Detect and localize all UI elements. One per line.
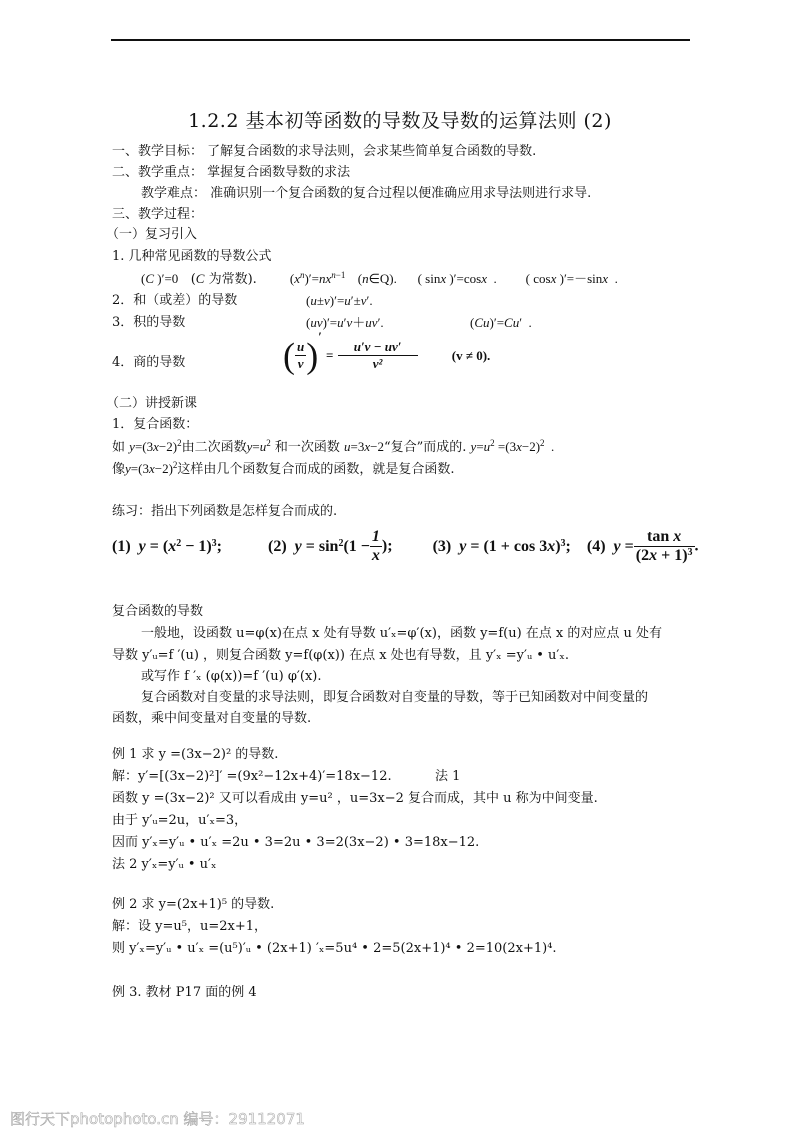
new-lesson-item-1: 1．复合函数： [112,416,198,434]
objective-difficulty: 教学难点： 准确识别一个复合函数的复合过程以便准确应用求导法则进行求导. [141,185,591,203]
objective-goal: 一、教学目标： 了解复合函数的求导法则，会求某些简单复合函数的导数. [112,143,536,161]
new-lesson-heading: （二）讲授新课 [106,395,197,413]
composite-definition-line1: 如 y=(3x−2)2由二次函数y=u2 和一次函数 u=3x−2“复合”而成的… [112,438,554,457]
example1-line3: 函数 y =(3x−2)² 又可以看成由 y=u² ，u=3x−2 复合而成，其… [112,790,598,808]
objective-process: 三、教学过程： [112,206,203,224]
example2-line2: 解：设 y=u⁵，u=2x+1， [112,918,267,936]
example2-title: 例 2 求 y=(2x+1)⁵ 的导数. [112,896,274,914]
sum-rule-label: 2．和（或差）的导数 [112,292,237,310]
quotient-rule-formula: (uv)′ = u′v − uv′v² (v ≠ 0). [283,337,490,374]
watermark: 图行天下photophoto.cn 编号：29112071 [10,1108,305,1129]
quotient-rule-label: 4．商的导数 [112,354,185,372]
example2-line3: 则 y′ₓ=y′ᵤ • u′ₓ =(u⁵)′ᵤ • (2x+1) ′ₓ=5u⁴ … [112,940,557,958]
objective-key-point: 二、教学重点： 掌握复合函数导数的求法 [112,164,350,182]
basic-derivative-formulas: (C )′=0 (C 为常数). (xn)′=nxn−1 (n∈Q). ( si… [141,270,618,289]
example1-line5: 因而 y′ₓ=y′ᵤ • u′ₓ =2u • 3=2u • 3=2(3x−2) … [112,834,479,852]
example1-solution: 解：y′=[(3x−2)²]′ =(9x²−12x+4)′=18x−12. [112,768,392,786]
example1-method1: 法 1 [435,768,460,786]
sum-rule-formula: (u±v)′=u′±v′. [306,292,373,311]
composite-derivative-heading: 复合函数的导数 [112,603,203,621]
exercise-items: (1) y = (x2 − 1)3; (2) y = sin2(1 − 1x);… [112,528,699,565]
objective-label: 二、教学重点： [112,165,203,180]
objective-label: 教学难点： [141,186,206,201]
exercise-prompt: 练习：指出下列函数是怎样复合而成的. [112,503,337,521]
objective-label: 三、教学过程： [112,207,203,222]
composite-derivative-p1-line3: 或写作 f ′ₓ (φ(x))=f ′(u) φ′(x). [141,668,322,686]
composite-definition-line2: 像y=(3x−2)2这样由几个函数复合而成的函数，就是复合函数. [112,460,455,479]
objective-text: 了解复合函数的求导法则，会求某些简单复合函数的导数. [207,144,536,159]
page-title: 1.2.2 基本初等函数的导数及导数的运算法则 (2) [0,106,800,133]
objective-label: 一、教学目标： [112,144,203,159]
composite-derivative-p2-line1: 复合函数对自变量的求导法则，即复合函数对自变量的导数，等于已知函数对中间变量的 [141,689,648,707]
review-item-1: 1. 几种常见函数的导数公式 [112,248,272,266]
review-heading: （一）复习引入 [106,226,197,244]
product-rule-label: 3．积的导数 [112,314,185,332]
composite-derivative-p2-line2: 函数，乘中间变量对自变量的导数. [112,710,311,728]
example1-line6: 法 2 y′ₓ=y′ᵤ • u′ₓ [112,856,216,874]
composite-derivative-p1-line1: 一般地，设函数 u=φ(x)在点 x 处有导数 u′ₓ=φ′(x)，函数 y=f… [141,625,662,643]
objective-text: 准确识别一个复合函数的复合过程以便准确应用求导法则进行求导. [210,186,591,201]
constant-product-formula: (Cu)′=Cu′ . [470,314,532,333]
objective-text: 掌握复合函数导数的求法 [207,165,350,180]
example1-line4: 由于 y′ᵤ=2u，u′ₓ=3， [112,812,247,830]
example3-title: 例 3. 教材 P17 面的例 4 [112,984,257,1002]
example1-title: 例 1 求 y =(3x−2)² 的导数. [112,746,278,764]
composite-derivative-p1-line2: 导数 y′ᵤ=f ′(u) ，则复合函数 y=f(φ(x)) 在点 x 处也有导… [112,647,569,665]
header-rule [111,39,690,41]
